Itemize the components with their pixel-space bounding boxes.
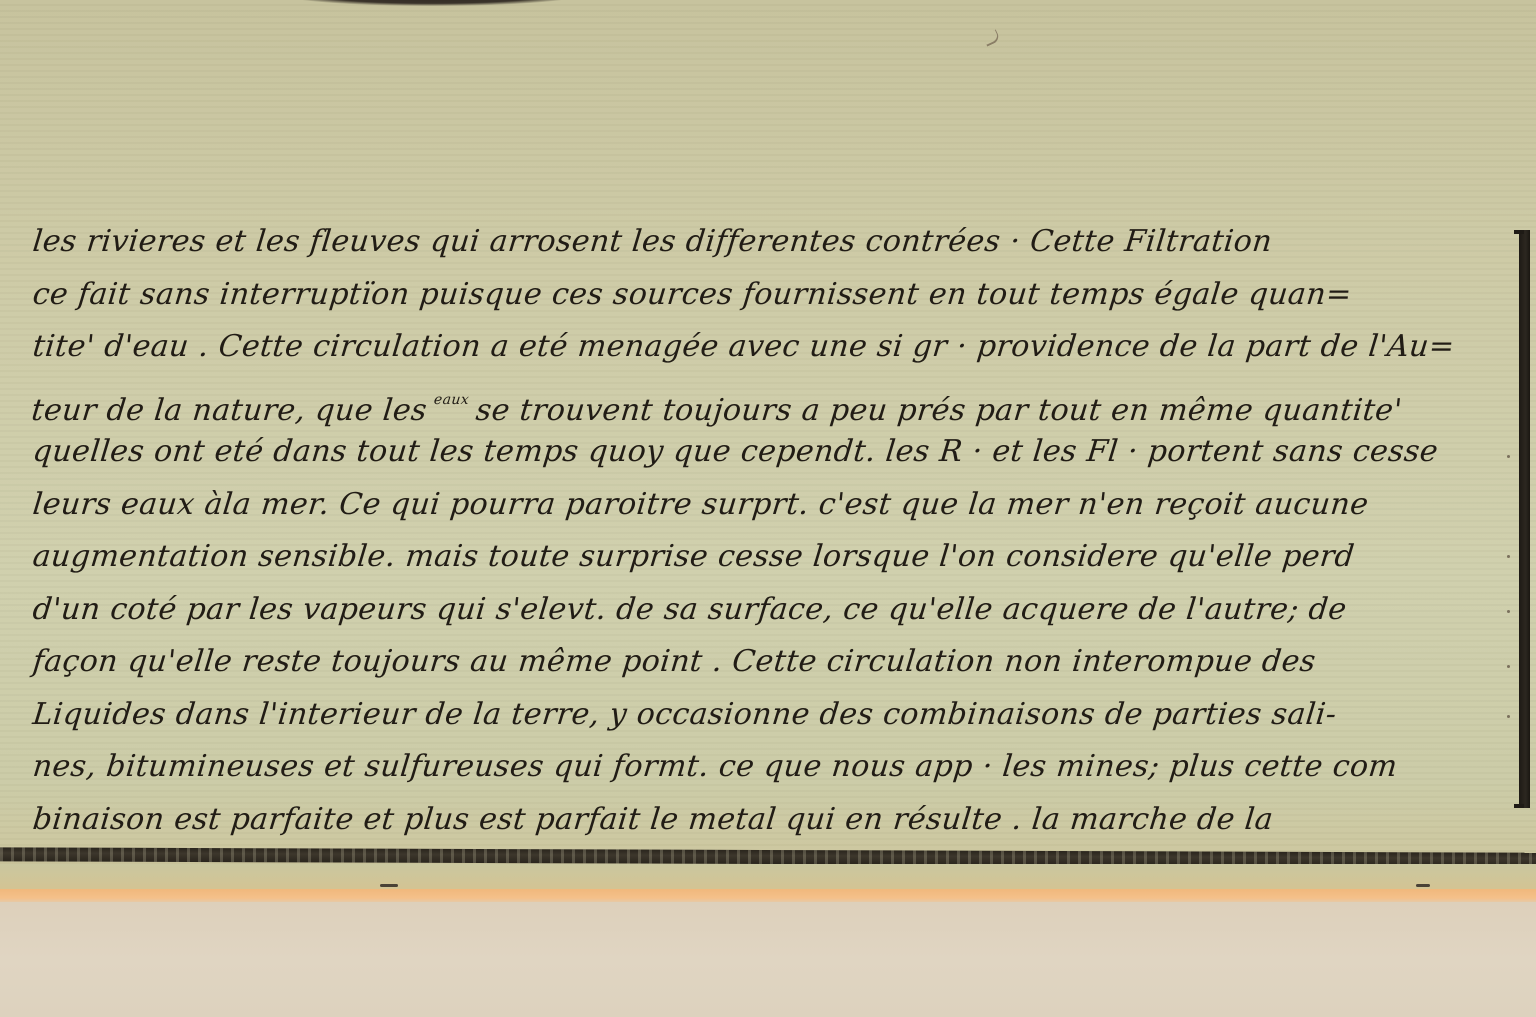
margin-dot [1507,715,1510,718]
text-line: quelles ont eté dans tout les temps quoy… [30,426,1506,479]
frame-mat-bevel [0,889,1536,902]
margin-dot [1507,455,1510,458]
text-line: les rivieres et les fleuves qui arrosent… [30,216,1506,269]
ink-mark [982,29,1001,46]
text-line: Liquides dans l'interieur de la terre, y… [30,689,1506,742]
text-line: leurs eaux àla mer. Ce qui pourra paroit… [30,479,1506,532]
margin-dot [1507,665,1510,668]
ink-mark [1416,884,1430,887]
paper-bottom-margin [0,864,1536,889]
ink-mark [380,884,398,887]
text-line-with-superscript: teur de la nature, que les eaux se trouv… [30,374,1506,427]
text-line: façon qu'elle reste toujours au même poi… [30,636,1506,689]
margin-dot [1507,610,1510,613]
text-fragment: se trouvent toujours a peu prés par tout… [474,393,1404,428]
engraving-fragment [282,0,582,6]
text-line: nes, bitumineuses et sulfureuses qui for… [30,741,1506,794]
engraved-text-block: les rivieres et les fleuves qui arrosent… [30,216,1500,846]
margin-dot [1507,555,1510,558]
text-fragment: teur de la nature, que les [30,393,429,428]
engraved-paper: les rivieres et les fleuves qui arrosent… [0,0,1536,888]
right-border-rule [1519,230,1530,808]
text-line: binaison est parfaite et plus est parfai… [30,794,1506,847]
frame-mat [0,902,1536,1017]
text-line: augmentation sensible. mais toute surpri… [30,531,1506,584]
text-line: tite' d'eau . Cette circulation a eté me… [30,321,1506,374]
superscript-insertion: eaux [433,392,470,408]
text-line: ce fait sans interruptïon puisque ces so… [30,269,1506,322]
text-line: d'un coté par les vapeurs qui s'elevt. d… [30,584,1506,637]
